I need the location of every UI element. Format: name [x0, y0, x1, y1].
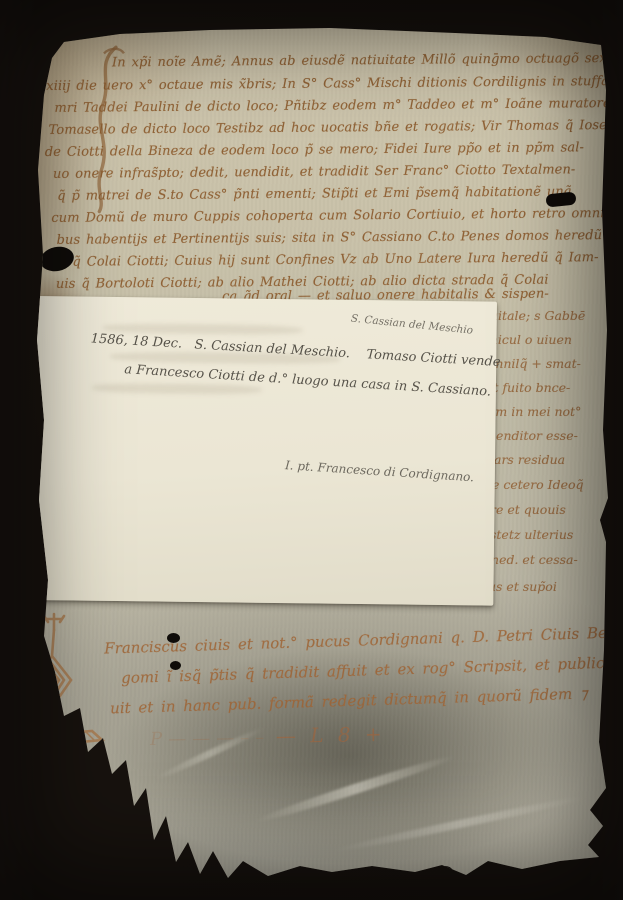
manuscript-fragment: de cetero Ideoq̃ — [484, 477, 584, 492]
manuscript-line: uit et in hanc pub. formã redegit dictum… — [110, 684, 588, 717]
manuscript-line: cum Domũ de muro Cuppis cohoperta cum So… — [51, 206, 609, 226]
manuscript-line: Franciscus ciuis et not.° pucus Cordigna… — [104, 623, 619, 657]
signum-cross — [44, 614, 64, 630]
manuscript-fragment: uenditor esse- — [488, 428, 578, 443]
slip-corner-note: S. Cassian del Meschio — [350, 313, 473, 337]
show-through-mark — [92, 383, 262, 395]
paper-slip: S. Cassian del Meschio 1586, 18 Dec. S. … — [29, 296, 497, 606]
manuscript-line: dũ q̃ Colai Ciotti; Cuius hij sunt Confi… — [50, 250, 599, 270]
manuscript-fragment: lem in mei not° — [484, 404, 581, 419]
manuscript-fragment: re et quouis — [490, 502, 566, 517]
manuscript-bottom-block: Franciscus ciuis et not.° pucus Cordigna… — [94, 610, 597, 726]
manuscript-line: xiiij die uero x° octaue mis x̃bris; In … — [46, 74, 609, 94]
manuscript-line: uo onere infras̃pto; dedit, uendidit, et… — [53, 162, 576, 182]
notary-signum: F. R — [26, 608, 136, 758]
parchment-sheet: In xp̃i noĩe Amẽ; Annus ab eiusdẽ natiui… — [0, 0, 623, 900]
ink-blot — [167, 633, 180, 643]
manuscript-line: q̃ p̃ matrei de S.to Cass° p̃nti ementi;… — [57, 184, 572, 203]
initial-flourish — [86, 43, 129, 213]
flourish-dark: — L 8 + — [276, 722, 386, 748]
signature-flourish: P———–– — L 8 + — [150, 722, 386, 750]
manuscript-line: bus habentijs et Pertinentijs suis; sita… — [57, 228, 603, 248]
manuscript-fragment: uitale; s Gabbē — [490, 308, 585, 323]
manuscript-line: gomi ĩ isq̃ p̃tis q̃ tradidit affuit et … — [121, 653, 619, 687]
manuscript-line: mri Taddei Paulini de dicto loco; Pñtibz… — [54, 96, 610, 116]
manuscript-fragment: pars residua — [486, 452, 565, 467]
wormhole — [437, 866, 453, 878]
manuscript-fragment: et fuito bnce- — [486, 380, 570, 395]
notary-letter-r: R — [65, 711, 83, 736]
slip-summary-line: a Francesco Ciotti de d.° luogo una casa… — [124, 362, 492, 399]
manuscript-fragment: istetz ulterius — [486, 527, 573, 542]
slip-notary-note: I. pt. Francesco di Cordignano. — [285, 458, 475, 484]
manuscript-fragment: tined. et cessa- — [482, 552, 578, 567]
manuscript-line: In xp̃i noĩe Amẽ; Annus ab eiusdẽ natiui… — [112, 51, 623, 71]
manuscript-line: Tomasello de dicto loco Testibz ad hoc u… — [49, 118, 616, 138]
manuscript-fragment: ius et sup̃oi — [484, 579, 557, 594]
notary-letter-f: F. — [27, 713, 47, 738]
ink-blot — [170, 661, 181, 670]
manuscript-fragment: micul o uiuen — [486, 332, 572, 347]
photo-stage: In xp̃i noĩe Amẽ; Annus ab eiusdẽ natiui… — [0, 0, 623, 900]
